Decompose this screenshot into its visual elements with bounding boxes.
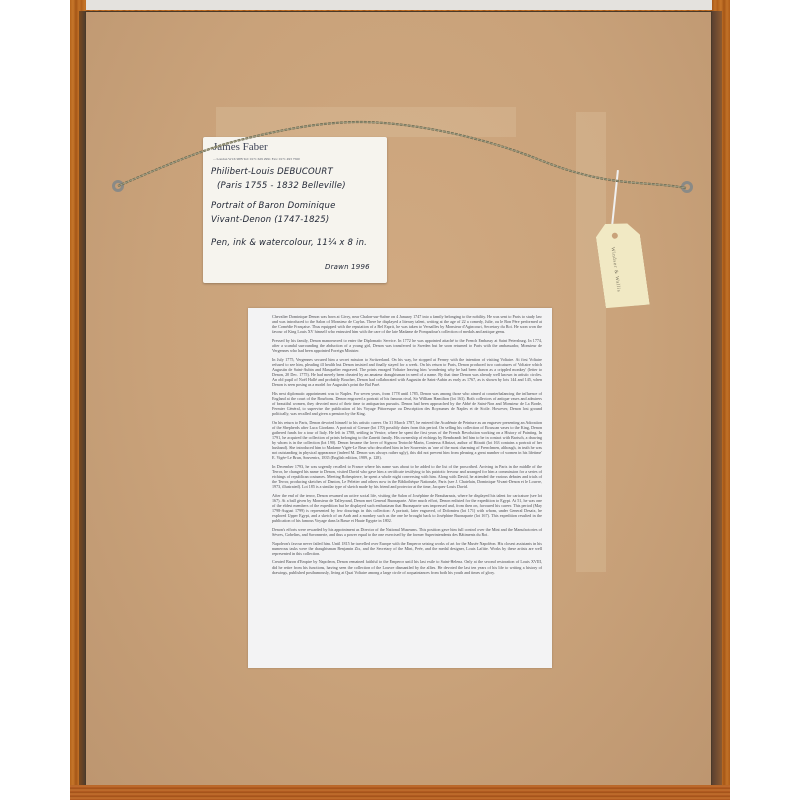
hanging-wire	[0, 0, 800, 800]
